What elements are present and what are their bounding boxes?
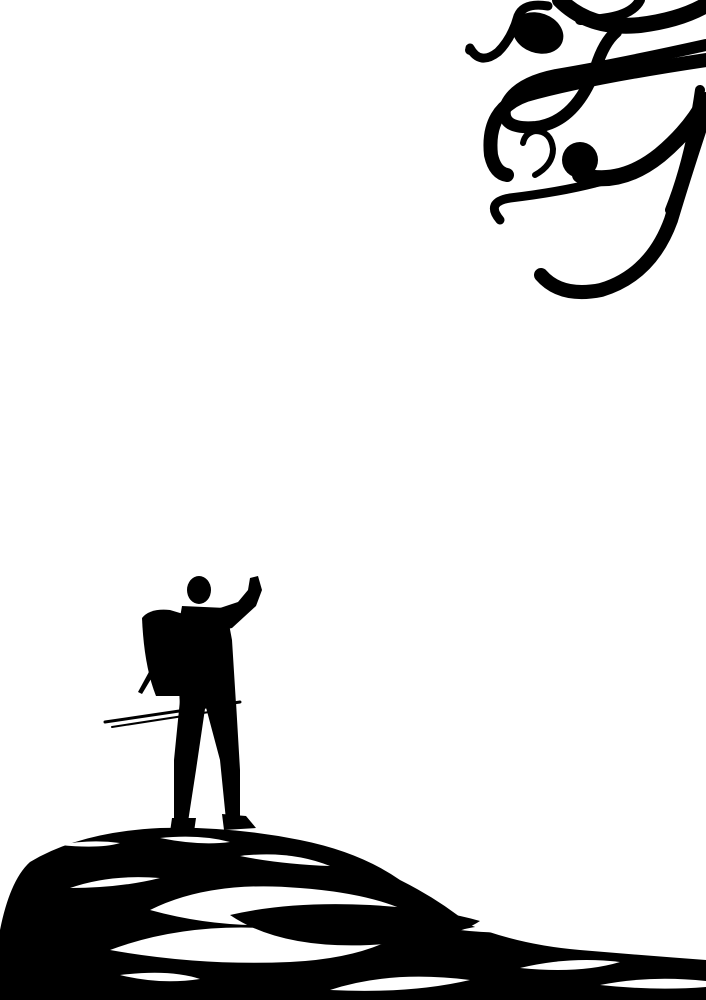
illustration-canvas [0,0,706,1000]
